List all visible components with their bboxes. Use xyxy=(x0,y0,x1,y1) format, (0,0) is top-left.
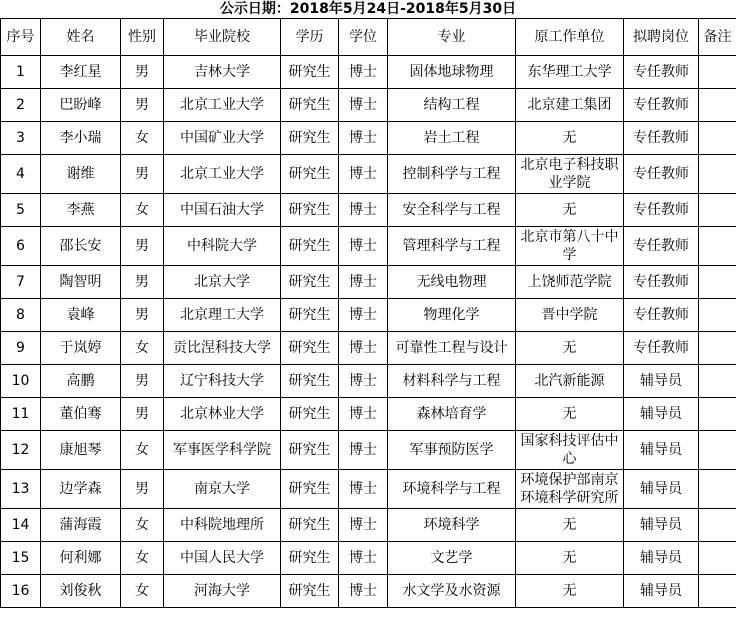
table-cell xyxy=(699,470,736,509)
table-cell xyxy=(699,266,736,299)
table-cell: 博士 xyxy=(339,56,388,89)
table-cell: 5 xyxy=(1,194,41,227)
table-cell: 10 xyxy=(1,365,41,398)
table-cell: 军事预防医学 xyxy=(388,431,516,470)
table-cell: 北京林业大学 xyxy=(164,398,281,431)
table-row: 14蒲海霞女中科院地理所研究生博士环境科学无辅导员 xyxy=(1,509,736,542)
table-cell: 研究生 xyxy=(281,122,339,155)
table-cell: 蒲海霞 xyxy=(41,509,121,542)
table-cell: 专任教师 xyxy=(624,56,699,89)
table-cell: 女 xyxy=(121,332,164,365)
table-cell: 专任教师 xyxy=(624,122,699,155)
table-cell xyxy=(699,227,736,266)
table-cell: 李燕 xyxy=(41,194,121,227)
table-cell: 无 xyxy=(516,194,624,227)
table-cell: 贡比涅科技大学 xyxy=(164,332,281,365)
table-cell: 军事医学科学院 xyxy=(164,431,281,470)
table-cell: 研究生 xyxy=(281,365,339,398)
table-cell: 男 xyxy=(121,89,164,122)
table-cell: 男 xyxy=(121,155,164,194)
table-cell: 材料科学与工程 xyxy=(388,365,516,398)
header-cell: 拟聘岗位 xyxy=(624,19,699,56)
table-cell: 研究生 xyxy=(281,332,339,365)
table-cell: 北京工业大学 xyxy=(164,89,281,122)
table-cell: 环境保护部南京环境科学研究所 xyxy=(516,470,624,509)
publicity-date-title: 公示日期：2018年5月24日-2018年5月30日 xyxy=(0,0,736,18)
header-cell: 性别 xyxy=(121,19,164,56)
table-cell: 博士 xyxy=(339,332,388,365)
table-cell: 16 xyxy=(1,575,41,608)
table-cell: 博士 xyxy=(339,155,388,194)
table-cell: 辅导员 xyxy=(624,575,699,608)
header-cell: 序号 xyxy=(1,19,41,56)
table-cell: 博士 xyxy=(339,194,388,227)
table-body: 1李红星男吉林大学研究生博士固体地球物理东华理工大学专任教师2巴盼峰男北京工业大… xyxy=(1,56,736,608)
table-cell: 北京理工大学 xyxy=(164,299,281,332)
table-cell: 研究生 xyxy=(281,227,339,266)
table-cell: 研究生 xyxy=(281,575,339,608)
table-cell: 南京大学 xyxy=(164,470,281,509)
table-row: 12康旭琴女军事医学科学院研究生博士军事预防医学国家科技评估中心辅导员 xyxy=(1,431,736,470)
table-cell: 辅导员 xyxy=(624,542,699,575)
header-cell: 备注 xyxy=(699,19,736,56)
table-cell: 陶智明 xyxy=(41,266,121,299)
table-cell xyxy=(699,56,736,89)
table-row: 11董伯骞男北京林业大学研究生博士森林培育学无辅导员 xyxy=(1,398,736,431)
table-cell xyxy=(699,431,736,470)
table-cell: 北京工业大学 xyxy=(164,155,281,194)
table-cell: 无 xyxy=(516,542,624,575)
table-cell: 环境科学 xyxy=(388,509,516,542)
table-cell: 专任教师 xyxy=(624,227,699,266)
table-cell: 国家科技评估中心 xyxy=(516,431,624,470)
table-cell: 北京建工集团 xyxy=(516,89,624,122)
table-cell xyxy=(699,398,736,431)
table-cell: 男 xyxy=(121,266,164,299)
table-cell: 北京大学 xyxy=(164,266,281,299)
table-row: 9于岚婷女贡比涅科技大学研究生博士可靠性工程与设计无专任教师 xyxy=(1,332,736,365)
table-cell: 博士 xyxy=(339,575,388,608)
table-cell: 李小瑞 xyxy=(41,122,121,155)
table-cell: 博士 xyxy=(339,299,388,332)
table-cell: 中科院大学 xyxy=(164,227,281,266)
table-cell: 无 xyxy=(516,509,624,542)
table-cell: 固体地球物理 xyxy=(388,56,516,89)
table-row: 2巴盼峰男北京工业大学研究生博士结构工程北京建工集团专任教师 xyxy=(1,89,736,122)
table-cell: 辅导员 xyxy=(624,365,699,398)
table-cell: 15 xyxy=(1,542,41,575)
table-cell: 博士 xyxy=(339,365,388,398)
header-cell: 原工作单位 xyxy=(516,19,624,56)
table-row: 15何利娜女中国人民大学研究生博士文艺学无辅导员 xyxy=(1,542,736,575)
table-cell: 岩土工程 xyxy=(388,122,516,155)
table-cell: 研究生 xyxy=(281,89,339,122)
table-cell: 何利娜 xyxy=(41,542,121,575)
table-cell: 辽宁科技大学 xyxy=(164,365,281,398)
table-cell: 邵长安 xyxy=(41,227,121,266)
table-cell: 中科院地理所 xyxy=(164,509,281,542)
header-cell: 学历 xyxy=(281,19,339,56)
table-cell: 康旭琴 xyxy=(41,431,121,470)
table-cell: 北汽新能源 xyxy=(516,365,624,398)
table-cell: 男 xyxy=(121,299,164,332)
table-cell: 辅导员 xyxy=(624,398,699,431)
table-cell: 森林培育学 xyxy=(388,398,516,431)
table-cell xyxy=(699,509,736,542)
table-cell: 边学森 xyxy=(41,470,121,509)
table-cell: 中国矿业大学 xyxy=(164,122,281,155)
table-cell: 11 xyxy=(1,398,41,431)
table-cell: 管理科学与工程 xyxy=(388,227,516,266)
table-cell xyxy=(699,155,736,194)
table-row: 3李小瑞女中国矿业大学研究生博士岩土工程无专任教师 xyxy=(1,122,736,155)
announcement-page: 公示日期：2018年5月24日-2018年5月30日 序号姓名性别毕业院校学历学… xyxy=(0,0,736,621)
table-cell: 专任教师 xyxy=(624,332,699,365)
table-cell: 研究生 xyxy=(281,155,339,194)
table-cell: 辅导员 xyxy=(624,509,699,542)
table-cell: 研究生 xyxy=(281,194,339,227)
table-cell: 14 xyxy=(1,509,41,542)
table-cell: 北京市第八十中学 xyxy=(516,227,624,266)
table-cell: 女 xyxy=(121,431,164,470)
table-cell xyxy=(699,365,736,398)
table-row: 6邵长安男中科院大学研究生博士管理科学与工程北京市第八十中学专任教师 xyxy=(1,227,736,266)
table-cell: 无 xyxy=(516,122,624,155)
table-cell: 女 xyxy=(121,194,164,227)
table-cell: 可靠性工程与设计 xyxy=(388,332,516,365)
table-cell: 环境科学与工程 xyxy=(388,470,516,509)
table-cell: 控制科学与工程 xyxy=(388,155,516,194)
table-cell: 研究生 xyxy=(281,56,339,89)
table-cell: 袁峰 xyxy=(41,299,121,332)
table-row: 13边学森男南京大学研究生博士环境科学与工程环境保护部南京环境科学研究所辅导员 xyxy=(1,470,736,509)
table-cell xyxy=(699,122,736,155)
table-cell: 董伯骞 xyxy=(41,398,121,431)
header-row: 序号姓名性别毕业院校学历学位专业原工作单位拟聘岗位备注 xyxy=(1,19,736,56)
table-cell: 男 xyxy=(121,365,164,398)
table-cell: 女 xyxy=(121,542,164,575)
table-cell: 研究生 xyxy=(281,431,339,470)
table-cell: 博士 xyxy=(339,227,388,266)
table-cell: 12 xyxy=(1,431,41,470)
table-cell xyxy=(699,89,736,122)
table-cell: 1 xyxy=(1,56,41,89)
table-cell: 博士 xyxy=(339,509,388,542)
table-cell: 女 xyxy=(121,509,164,542)
table-cell: 男 xyxy=(121,398,164,431)
table-cell: 研究生 xyxy=(281,398,339,431)
table-cell: 研究生 xyxy=(281,266,339,299)
table-cell: 专任教师 xyxy=(624,266,699,299)
table-cell: 物理化学 xyxy=(388,299,516,332)
table-cell: 专任教师 xyxy=(624,194,699,227)
table-cell: 巴盼峰 xyxy=(41,89,121,122)
header-cell: 学位 xyxy=(339,19,388,56)
table-row: 16刘俊秋女河海大学研究生博士水文学及水资源无辅导员 xyxy=(1,575,736,608)
table-cell: 谢维 xyxy=(41,155,121,194)
table-cell xyxy=(699,299,736,332)
table-cell: 结构工程 xyxy=(388,89,516,122)
table-cell: 博士 xyxy=(339,122,388,155)
table-cell: 7 xyxy=(1,266,41,299)
candidates-table: 序号姓名性别毕业院校学历学位专业原工作单位拟聘岗位备注 1李红星男吉林大学研究生… xyxy=(0,18,736,608)
table-cell: 研究生 xyxy=(281,542,339,575)
table-cell: 高鹏 xyxy=(41,365,121,398)
table-cell: 9 xyxy=(1,332,41,365)
table-cell: 李红星 xyxy=(41,56,121,89)
table-cell: 6 xyxy=(1,227,41,266)
table-row: 1李红星男吉林大学研究生博士固体地球物理东华理工大学专任教师 xyxy=(1,56,736,89)
table-cell xyxy=(699,575,736,608)
table-cell xyxy=(699,542,736,575)
table-cell: 北京电子科技职业学院 xyxy=(516,155,624,194)
table-cell: 水文学及水资源 xyxy=(388,575,516,608)
table-row: 7陶智明男北京大学研究生博士无线电物理上饶师范学院专任教师 xyxy=(1,266,736,299)
table-cell: 专任教师 xyxy=(624,155,699,194)
table-cell xyxy=(699,194,736,227)
table-cell: 4 xyxy=(1,155,41,194)
table-row: 5李燕女中国石油大学研究生博士安全科学与工程无专任教师 xyxy=(1,194,736,227)
table-cell: 研究生 xyxy=(281,509,339,542)
table-cell: 东华理工大学 xyxy=(516,56,624,89)
table-cell: 河海大学 xyxy=(164,575,281,608)
table-cell: 中国石油大学 xyxy=(164,194,281,227)
header-cell: 专业 xyxy=(388,19,516,56)
table-cell: 吉林大学 xyxy=(164,56,281,89)
table-cell: 研究生 xyxy=(281,470,339,509)
table-cell: 13 xyxy=(1,470,41,509)
table-cell: 晋中学院 xyxy=(516,299,624,332)
table-cell: 无线电物理 xyxy=(388,266,516,299)
table-row: 8袁峰男北京理工大学研究生博士物理化学晋中学院专任教师 xyxy=(1,299,736,332)
table-cell: 8 xyxy=(1,299,41,332)
table-cell: 无 xyxy=(516,332,624,365)
table-cell: 男 xyxy=(121,56,164,89)
table-row: 4谢维男北京工业大学研究生博士控制科学与工程北京电子科技职业学院专任教师 xyxy=(1,155,736,194)
table-cell: 3 xyxy=(1,122,41,155)
table-cell: 中国人民大学 xyxy=(164,542,281,575)
header-cell: 毕业院校 xyxy=(164,19,281,56)
table-cell: 女 xyxy=(121,575,164,608)
table-cell: 安全科学与工程 xyxy=(388,194,516,227)
table-cell: 文艺学 xyxy=(388,542,516,575)
table-cell: 无 xyxy=(516,398,624,431)
table-cell: 刘俊秋 xyxy=(41,575,121,608)
table-cell: 辅导员 xyxy=(624,431,699,470)
table-cell: 博士 xyxy=(339,266,388,299)
table-cell: 博士 xyxy=(339,431,388,470)
table-cell: 上饶师范学院 xyxy=(516,266,624,299)
table-cell: 无 xyxy=(516,575,624,608)
table-cell: 男 xyxy=(121,227,164,266)
table-cell: 博士 xyxy=(339,89,388,122)
table-cell: 博士 xyxy=(339,398,388,431)
table-cell: 专任教师 xyxy=(624,299,699,332)
header-cell: 姓名 xyxy=(41,19,121,56)
table-cell: 女 xyxy=(121,122,164,155)
table-cell: 2 xyxy=(1,89,41,122)
table-cell: 于岚婷 xyxy=(41,332,121,365)
table-row: 10高鹏男辽宁科技大学研究生博士材料科学与工程北汽新能源辅导员 xyxy=(1,365,736,398)
table-cell: 博士 xyxy=(339,542,388,575)
table-cell: 研究生 xyxy=(281,299,339,332)
table-cell: 专任教师 xyxy=(624,89,699,122)
table-header: 序号姓名性别毕业院校学历学位专业原工作单位拟聘岗位备注 xyxy=(1,19,736,56)
table-cell: 博士 xyxy=(339,470,388,509)
table-cell: 男 xyxy=(121,470,164,509)
table-cell: 辅导员 xyxy=(624,470,699,509)
table-cell xyxy=(699,332,736,365)
